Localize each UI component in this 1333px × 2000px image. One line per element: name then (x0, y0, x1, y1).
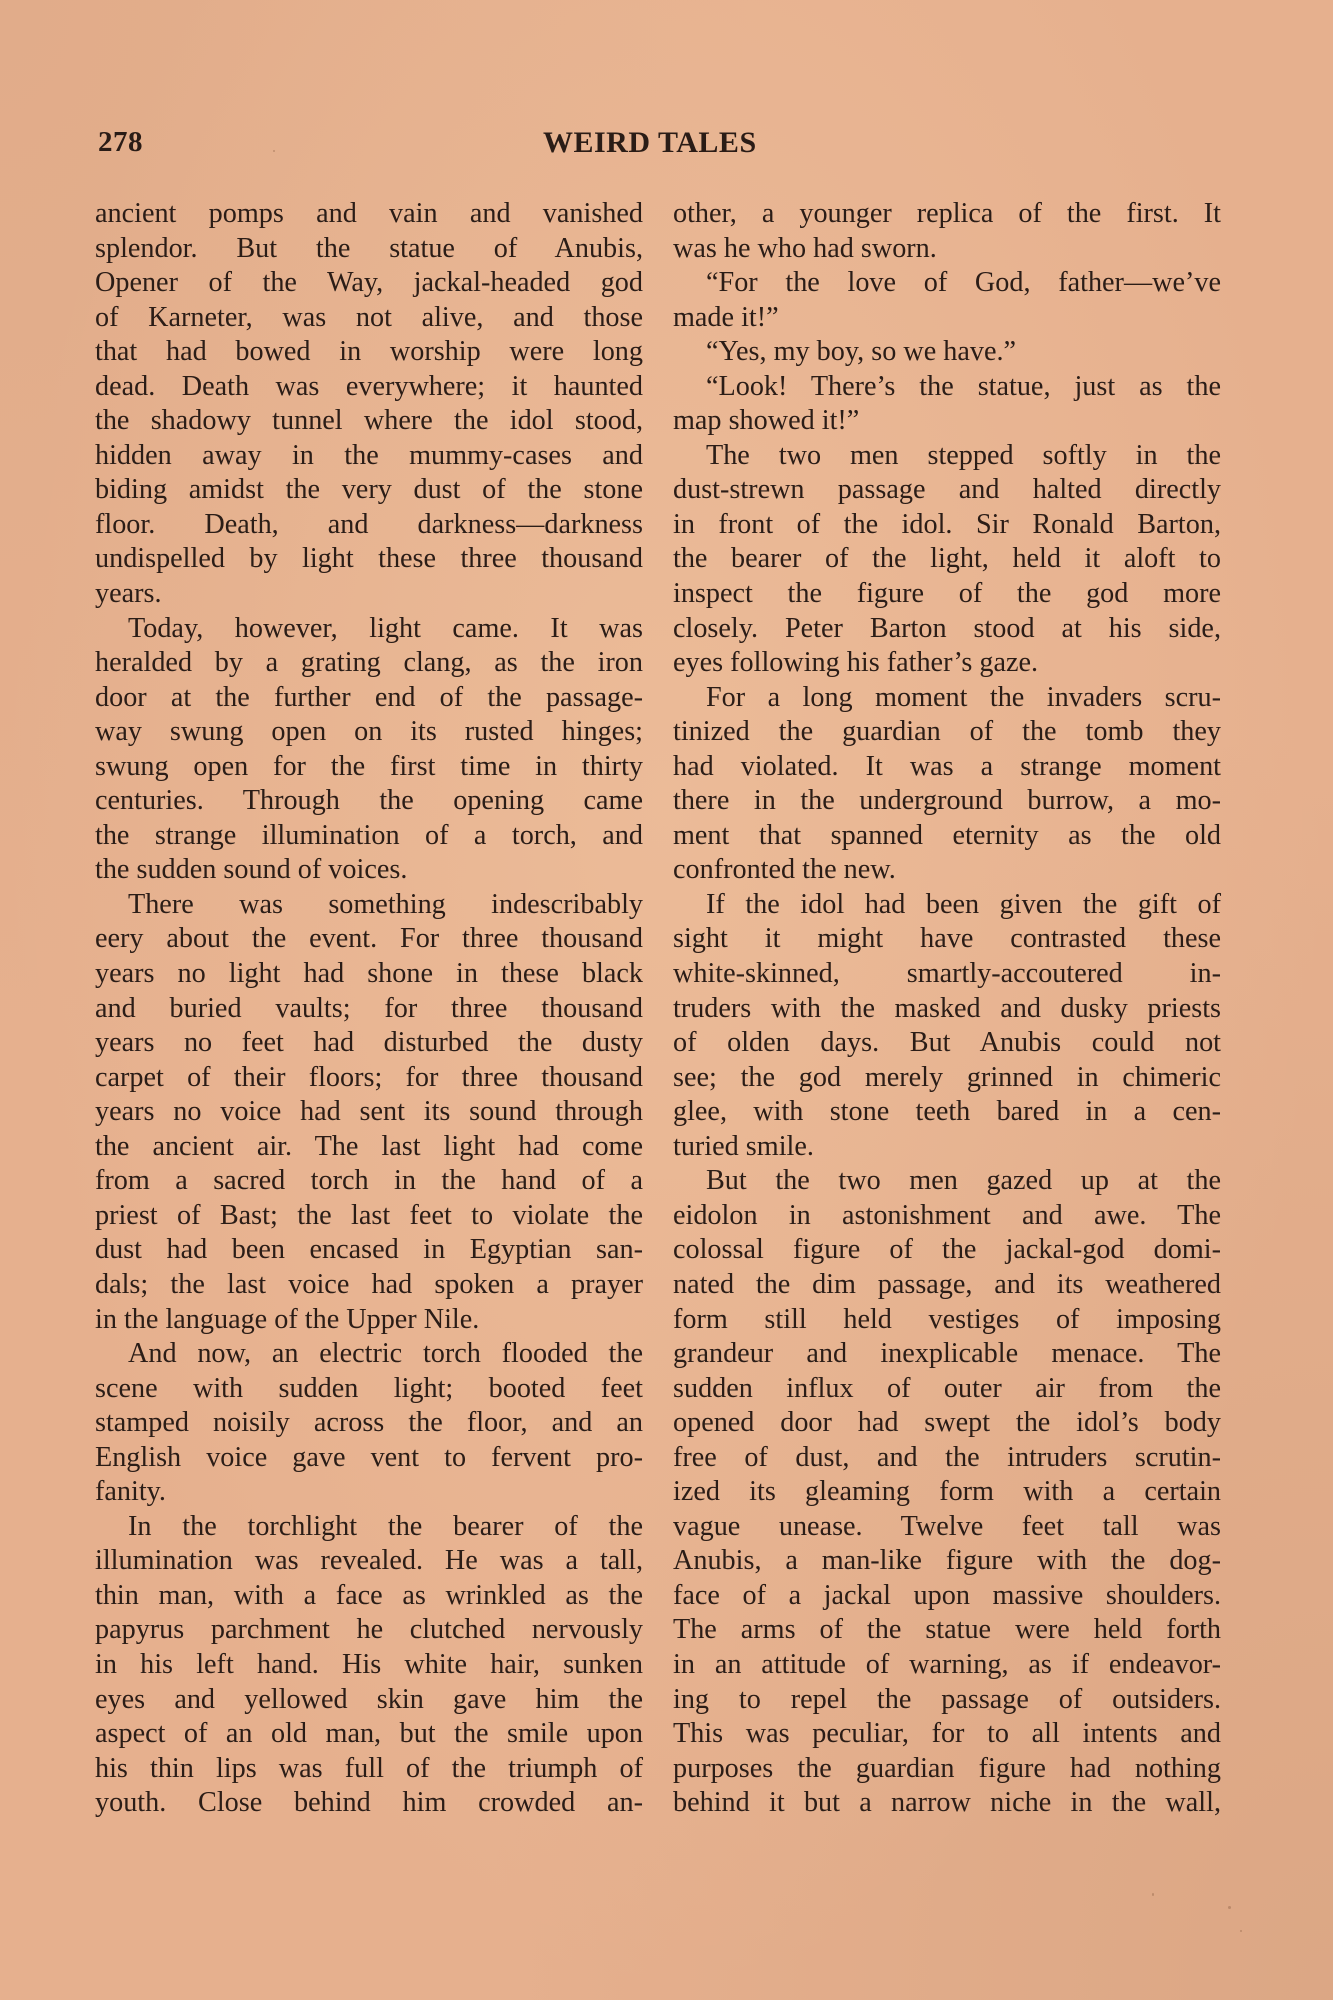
text-line: other, a younger replica of the first. I… (673, 197, 1221, 232)
text-line: stamped noisily across the floor, and an (95, 1406, 643, 1441)
text-line: The two men stepped softly in the (673, 439, 1221, 474)
text-line: splendor. But the statue of Anubis, (95, 232, 643, 267)
text-line: aspect of an old man, but the smile upon (95, 1717, 643, 1752)
text-line: from a sacred torch in the hand of a (95, 1164, 643, 1199)
text-line: “Look! There’s the statue, just as the (673, 370, 1221, 405)
text-line: years no light had shone in these black (95, 957, 643, 992)
paragraph: There was something indescribablyeery ab… (95, 888, 643, 1337)
text-line: in front of the idol. Sir Ronald Barton, (673, 508, 1221, 543)
page-number: 278 (98, 126, 143, 159)
text-line: If the idol had been given the gift of (673, 888, 1221, 923)
text-line: opened door had swept the idol’s body (673, 1406, 1221, 1441)
text-line: But the two men gazed up at the (673, 1164, 1221, 1199)
text-line: of olden days. But Anubis could not (673, 1026, 1221, 1061)
text-line: In the torchlight the bearer of the (95, 1510, 643, 1545)
text-line: sudden influx of outer air from the (673, 1372, 1221, 1407)
text-line: tinized the guardian of the tomb they (673, 715, 1221, 750)
text-line: colossal figure of the jackal-god domi- (673, 1233, 1221, 1268)
text-line: English voice gave vent to fervent pro- (95, 1441, 643, 1476)
paragraph: The two men stepped softly in thedust-st… (673, 439, 1221, 681)
text-line: eery about the event. For three thousand (95, 922, 643, 957)
text-line: priest of Bast; the last feet to violate… (95, 1199, 643, 1234)
text-line: dust-strewn passage and halted directly (673, 473, 1221, 508)
text-line: in his left hand. His white hair, sunken (95, 1648, 643, 1683)
text-line: dals; the last voice had spoken a prayer (95, 1268, 643, 1303)
text-line: eyes and yellowed skin gave him the (95, 1683, 643, 1718)
text-line: Today, however, light came. It was (95, 612, 643, 647)
text-line: biding amidst the very dust of the stone (95, 473, 643, 508)
text-line: there in the underground burrow, a mo- (673, 784, 1221, 819)
text-line: nated the dim passage, and its weathered (673, 1268, 1221, 1303)
text-line: swung open for the first time in thirty (95, 750, 643, 785)
text-line: face of a jackal upon massive shoulders. (673, 1579, 1221, 1614)
paragraph: “For the love of God, father—we’vemade i… (673, 266, 1221, 335)
text-line: thin man, with a face as wrinkled as the (95, 1579, 643, 1614)
text-line: eyes following his father’s gaze. (673, 646, 1221, 681)
text-line: There was something indescribably (95, 888, 643, 923)
paragraph: other, a younger replica of the first. I… (673, 197, 1221, 266)
text-line: made it!” (673, 301, 1221, 336)
text-line: centuries. Through the opening came (95, 784, 643, 819)
paragraph: For a long moment the invaders scru-tini… (673, 681, 1221, 888)
text-line: inspect the figure of the god more (673, 577, 1221, 612)
magazine-title: WEIRD TALES (543, 126, 757, 160)
paper-speck (1240, 1930, 1242, 1932)
text-line: had violated. It was a strange moment (673, 750, 1221, 785)
text-line: years no voice had sent its sound throug… (95, 1095, 643, 1130)
text-line: papyrus parchment he clutched nervously (95, 1613, 643, 1648)
text-line: turied smile. (673, 1130, 1221, 1165)
text-line: ment that spanned eternity as the old (673, 819, 1221, 854)
text-line: white-skinned, smartly-accoutered in- (673, 957, 1221, 992)
text-line: eidolon in astonishment and awe. The (673, 1199, 1221, 1234)
running-head: 278 WEIRD TALES (95, 126, 1220, 166)
text-line: youth. Close behind him crowded an- (95, 1786, 643, 1821)
text-line: the ancient air. The last light had come (95, 1130, 643, 1165)
text-line: The arms of the statue were held forth (673, 1613, 1221, 1648)
paper-speck (1210, 840, 1212, 842)
text-line: form still held vestiges of imposing (673, 1303, 1221, 1338)
text-line: purposes the guardian figure had nothing (673, 1752, 1221, 1787)
paper-speck (273, 150, 275, 152)
text-line: his thin lips was full of the triumph of (95, 1752, 643, 1787)
text-line: illumination was revealed. He was a tall… (95, 1544, 643, 1579)
text-line: undispelled by light these three thousan… (95, 542, 643, 577)
text-line: dust had been encased in Egyptian san- (95, 1233, 643, 1268)
text-line: closely. Peter Barton stood at his side, (673, 612, 1221, 647)
text-line: carpet of their floors; for three thousa… (95, 1061, 643, 1096)
text-line: map showed it!” (673, 404, 1221, 439)
text-line: vague unease. Twelve feet tall was (673, 1510, 1221, 1545)
paper-speck (1152, 1893, 1154, 1896)
text-line: “Yes, my boy, so we have.” (673, 335, 1221, 370)
text-line: behind it but a narrow niche in the wall… (673, 1786, 1221, 1821)
text-line: way swung open on its rusted hinges; (95, 715, 643, 750)
paragraph: In the torchlight the bearer of theillum… (95, 1510, 643, 1821)
text-line: sight it might have contrasted these (673, 922, 1221, 957)
text-line: and buried vaults; for three thousand (95, 992, 643, 1027)
text-line: years no feet had disturbed the dusty (95, 1026, 643, 1061)
text-line: in an attitude of warning, as if endeavo… (673, 1648, 1221, 1683)
magazine-page: 278 WEIRD TALES ancient pomps and vain a… (0, 0, 1333, 2000)
text-line: free of dust, and the intruders scrutin- (673, 1441, 1221, 1476)
paragraph: ancient pomps and vain and vanishedsplen… (95, 197, 643, 612)
paragraph: “Look! There’s the statue, just as thema… (673, 370, 1221, 439)
text-line: confronted the new. (673, 853, 1221, 888)
text-line: the sudden sound of voices. (95, 853, 643, 888)
text-line: in the language of the Upper Nile. (95, 1303, 643, 1338)
text-line: scene with sudden light; booted feet (95, 1372, 643, 1407)
text-line: floor. Death, and darkness—darkness (95, 508, 643, 543)
text-line: This was peculiar, for to all intents an… (673, 1717, 1221, 1752)
text-line: ized its gleaming form with a certain (673, 1475, 1221, 1510)
text-line: dead. Death was everywhere; it haunted (95, 370, 643, 405)
text-line: heralded by a grating clang, as the iron (95, 646, 643, 681)
text-line: was he who had sworn. (673, 232, 1221, 267)
paragraph: If the idol had been given the gift ofsi… (673, 888, 1221, 1164)
text-line: ancient pomps and vain and vanished (95, 197, 643, 232)
left-column: ancient pomps and vain and vanishedsplen… (95, 197, 643, 1821)
paragraph: Today, however, light came. It washerald… (95, 612, 643, 888)
text-line: glee, with stone teeth bared in a cen- (673, 1095, 1221, 1130)
text-line: the shadowy tunnel where the idol stood, (95, 404, 643, 439)
text-line: “For the love of God, father—we’ve (673, 266, 1221, 301)
text-line: that had bowed in worship were long (95, 335, 643, 370)
right-column: other, a younger replica of the first. I… (673, 197, 1221, 1821)
paper-speck (1228, 1906, 1231, 1909)
paragraph: But the two men gazed up at theeidolon i… (673, 1164, 1221, 1820)
text-line: fanity. (95, 1475, 643, 1510)
text-line: see; the god merely grinned in chimeric (673, 1061, 1221, 1096)
text-line: Opener of the Way, jackal-headed god (95, 266, 643, 301)
paragraph: “Yes, my boy, so we have.” (673, 335, 1221, 370)
text-line: And now, an electric torch flooded the (95, 1337, 643, 1372)
text-line: Anubis, a man-like figure with the dog- (673, 1544, 1221, 1579)
text-line: the strange illumination of a torch, and (95, 819, 643, 854)
text-line: ing to repel the passage of outsiders. (673, 1683, 1221, 1718)
text-line: years. (95, 577, 643, 612)
text-line: truders with the masked and dusky priest… (673, 992, 1221, 1027)
text-line: For a long moment the invaders scru- (673, 681, 1221, 716)
text-line: door at the further end of the passage- (95, 681, 643, 716)
text-line: grandeur and inexplicable menace. The (673, 1337, 1221, 1372)
text-line: the bearer of the light, held it aloft t… (673, 542, 1221, 577)
text-line: of Karneter, was not alive, and those (95, 301, 643, 336)
text-line: hidden away in the mummy-cases and (95, 439, 643, 474)
paragraph: And now, an electric torch flooded thesc… (95, 1337, 643, 1510)
